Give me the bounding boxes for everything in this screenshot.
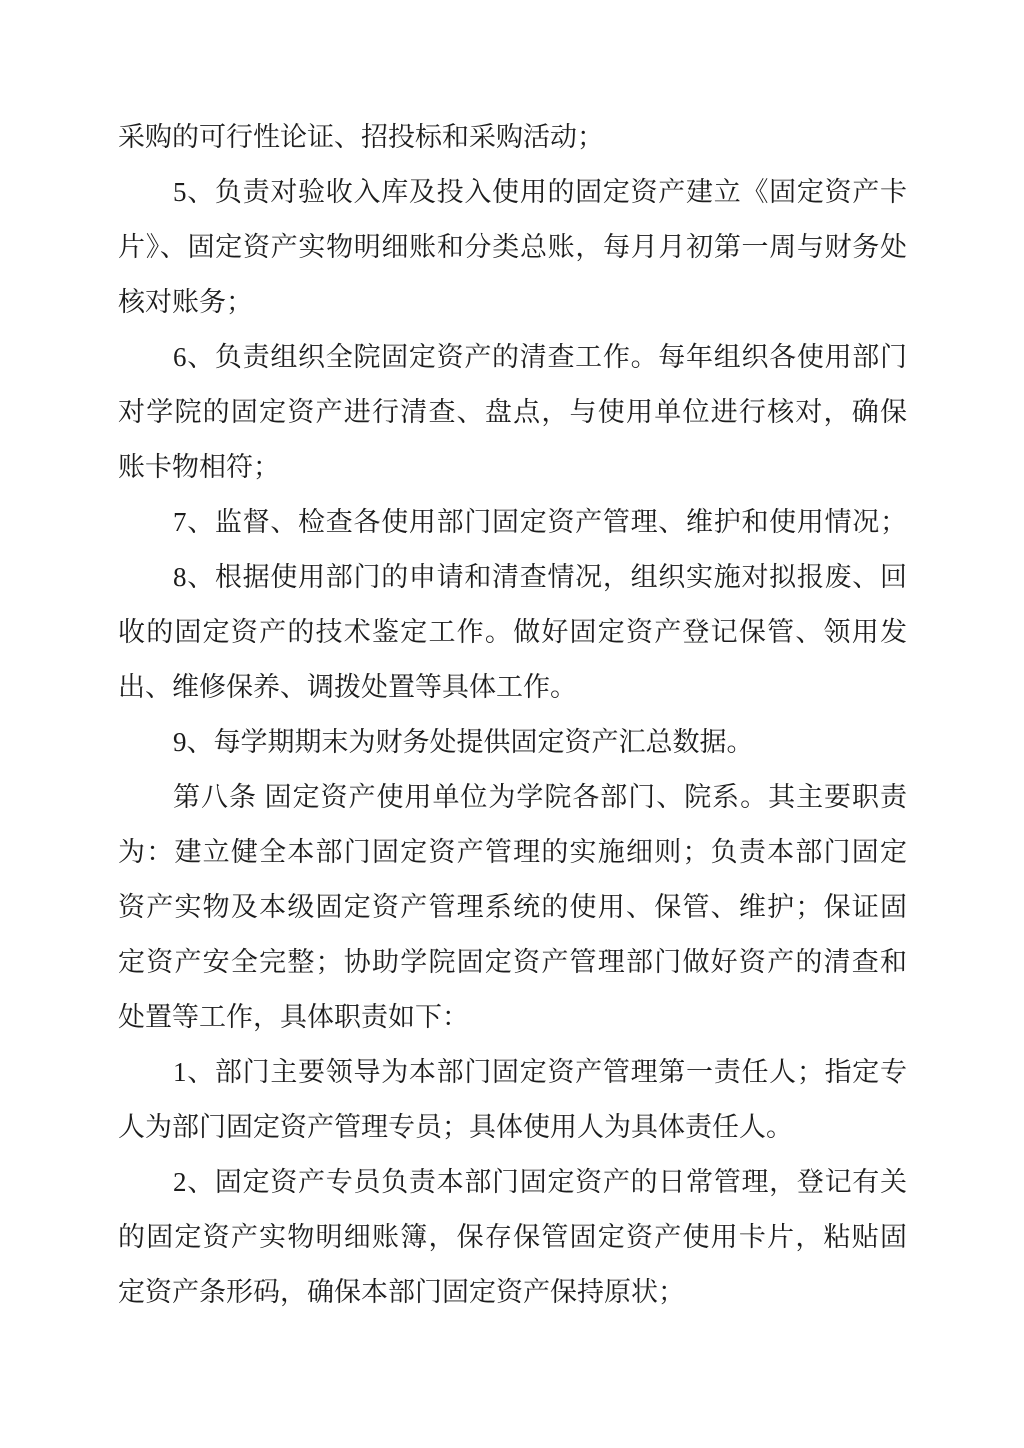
text-line: 7、监督、检查各使用部门固定资产管理、维护和使用情况； [118,495,907,550]
text-line: 定资产安全完整；协助学院固定资产管理部门做好资产的清查和 [118,935,907,990]
text-line: 出、维修保养、调拨处置等具体工作。 [118,660,907,715]
text-line: 定资产条形码，确保本部门固定资产保持原状； [118,1265,907,1320]
text-line: 5、负责对验收入库及投入使用的固定资产建立《固定资产卡 [118,165,907,220]
text-line: 人为部门固定资产管理专员；具体使用人为具体责任人。 [118,1100,907,1155]
text-line: 账卡物相符； [118,440,907,495]
text-line: 采购的可行性论证、招投标和采购活动； [118,110,907,165]
text-line: 第八条 固定资产使用单位为学院各部门、院系。其主要职责 [118,770,907,825]
text-line: 为：建立健全本部门固定资产管理的实施细则；负责本部门固定 [118,825,907,880]
text-line: 资产实物及本级固定资产管理系统的使用、保管、维护；保证固 [118,880,907,935]
document-body-text: 采购的可行性论证、招投标和采购活动； 5、负责对验收入库及投入使用的固定资产建立… [118,110,907,1320]
text-line: 对学院的固定资产进行清查、盘点，与使用单位进行核对，确保 [118,385,907,440]
text-line: 处置等工作，具体职责如下： [118,990,907,1045]
text-line: 8、根据使用部门的申请和清查情况，组织实施对拟报废、回 [118,550,907,605]
text-line: 核对账务； [118,275,907,330]
text-line: 9、每学期期末为财务处提供固定资产汇总数据。 [118,715,907,770]
text-line: 收的固定资产的技术鉴定工作。做好固定资产登记保管、领用发 [118,605,907,660]
document-page: 采购的可行性论证、招投标和采购活动； 5、负责对验收入库及投入使用的固定资产建立… [0,0,1024,1448]
text-line: 6、负责组织全院固定资产的清查工作。每年组织各使用部门 [118,330,907,385]
text-line: 片》、固定资产实物明细账和分类总账，每月月初第一周与财务处 [118,220,907,275]
text-line: 的固定资产实物明细账簿，保存保管固定资产使用卡片，粘贴固 [118,1210,907,1265]
text-line: 2、固定资产专员负责本部门固定资产的日常管理，登记有关 [118,1155,907,1210]
text-line: 1、部门主要领导为本部门固定资产管理第一责任人；指定专 [118,1045,907,1100]
